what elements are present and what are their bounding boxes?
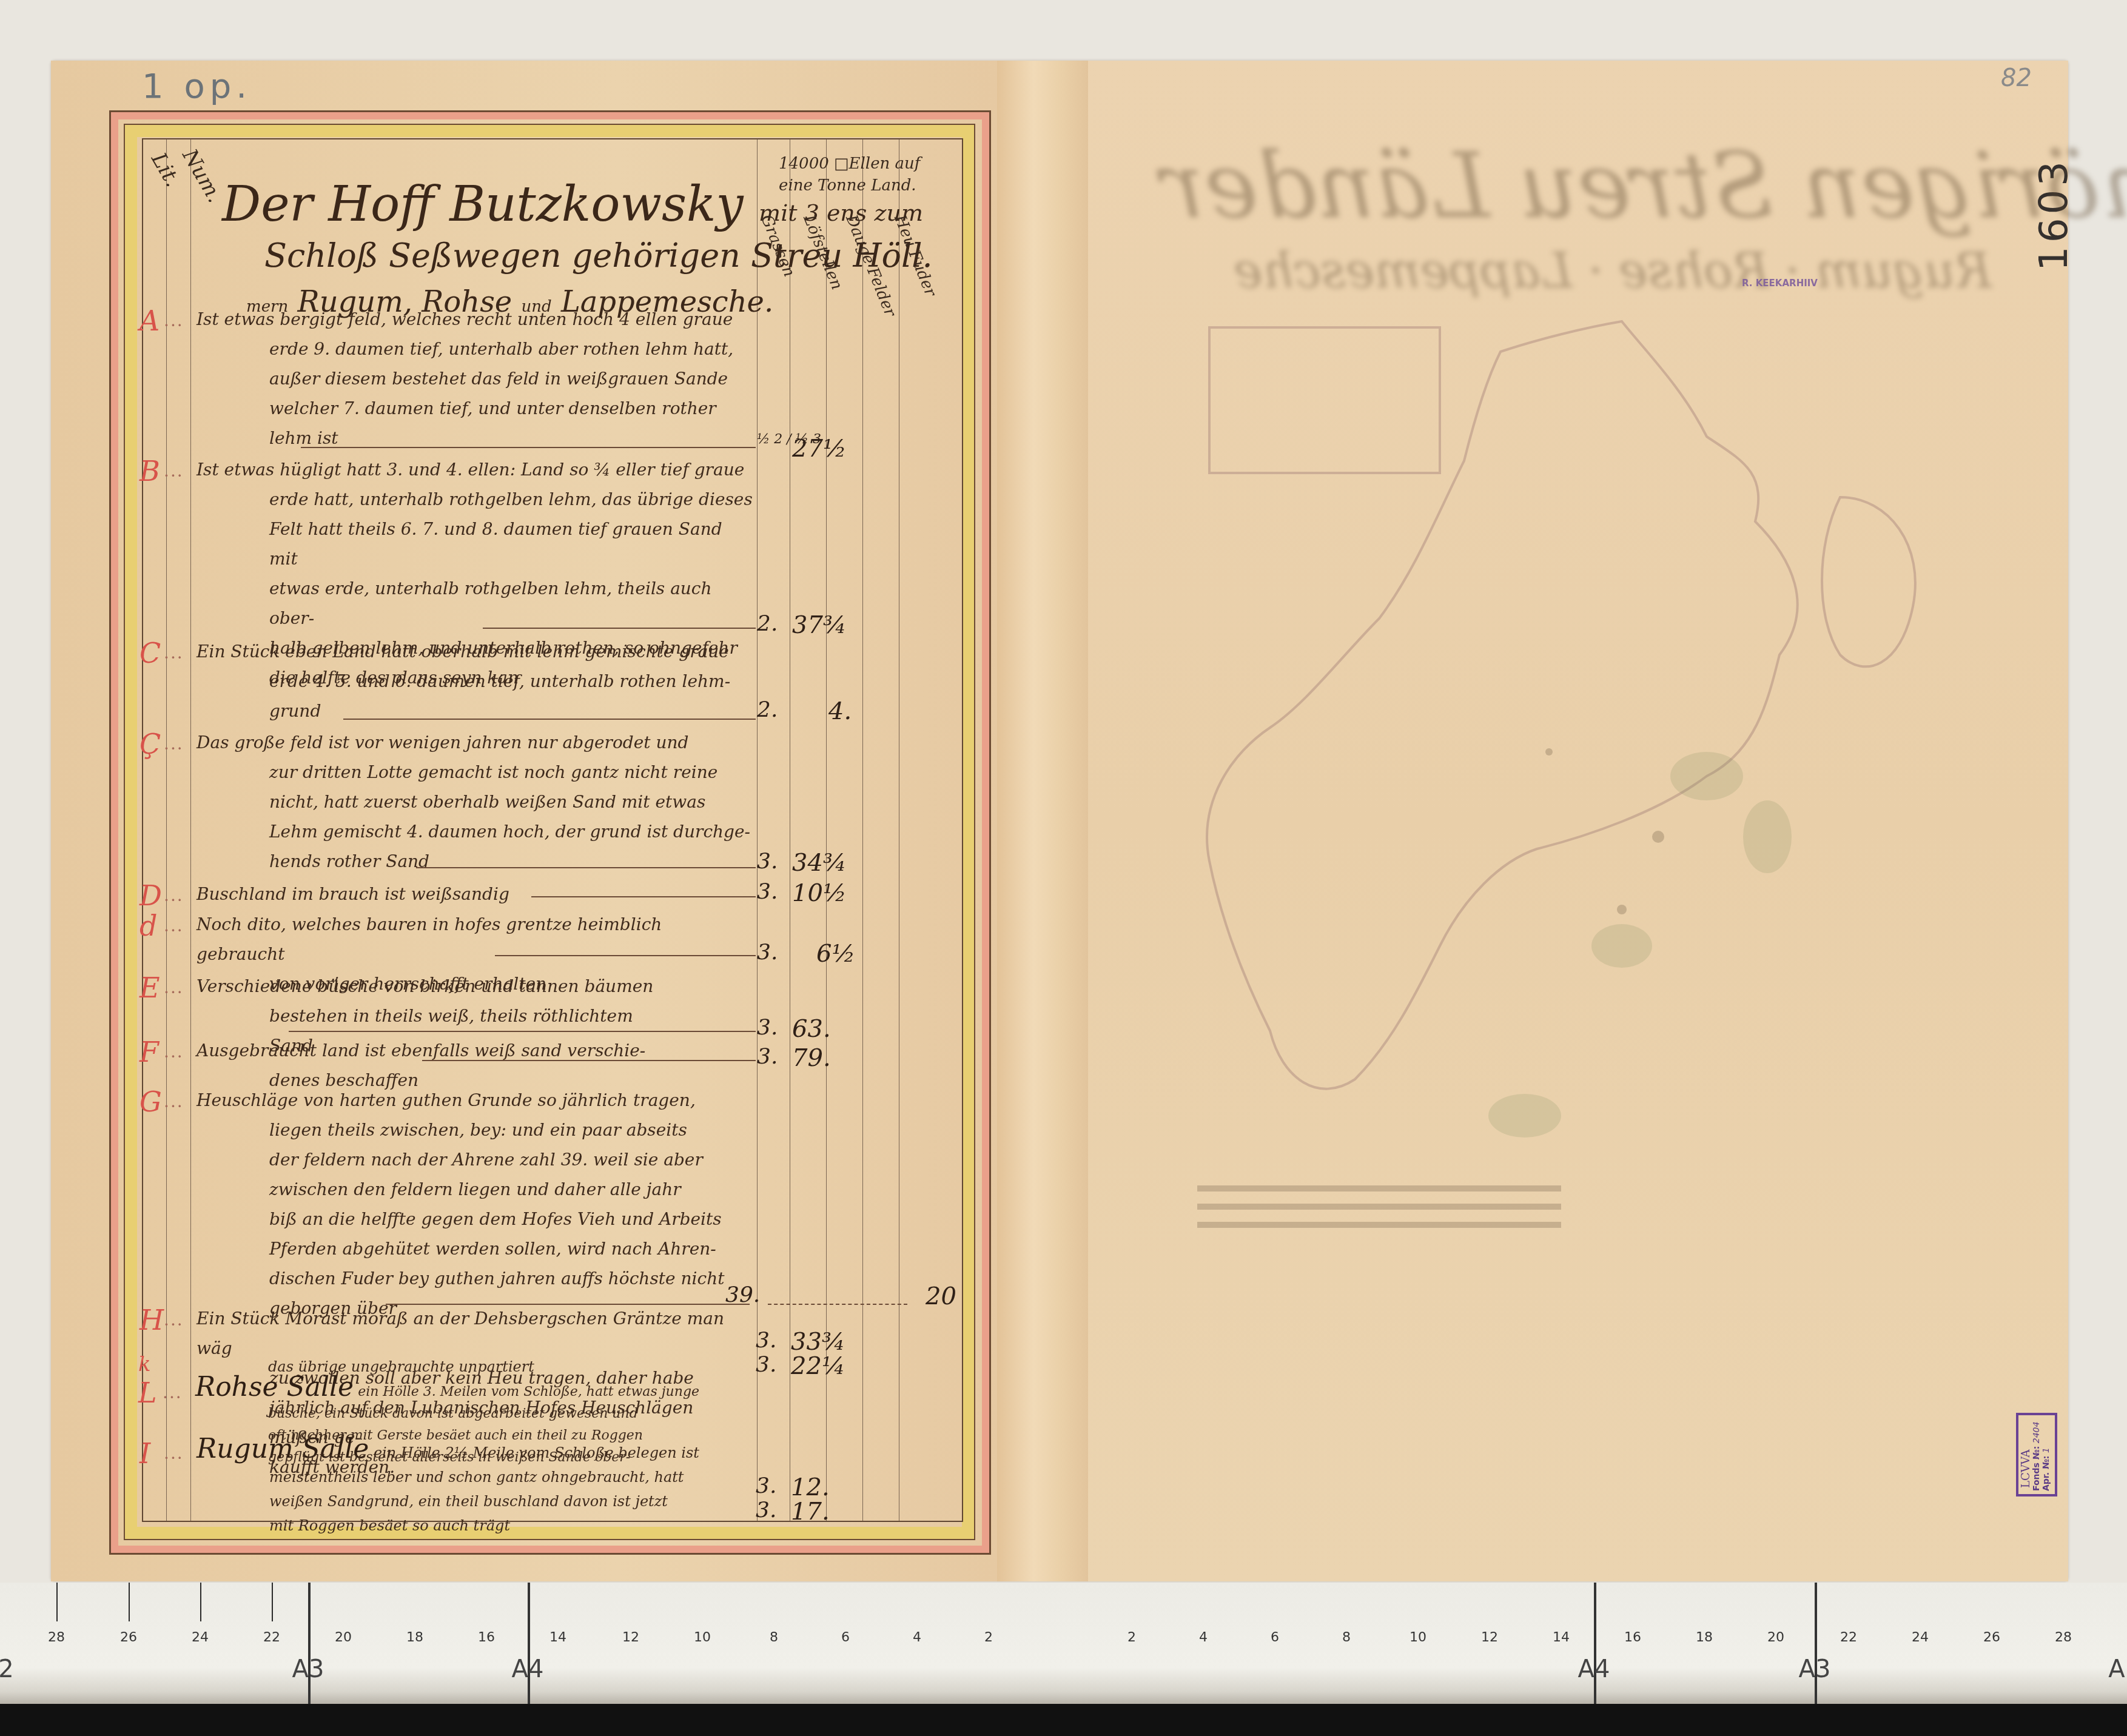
entry-letter: D xyxy=(139,879,162,912)
ruler-label: 18 xyxy=(1696,1630,1713,1645)
show-through-subtitle: Rugum · Rohse · Lappemesche xyxy=(1234,243,1992,299)
entry-value-a: 3. xyxy=(756,1473,776,1498)
entry-value-b: 6½ xyxy=(816,940,855,968)
ruler-label: 14 xyxy=(1553,1630,1570,1645)
ruler-label: 28 xyxy=(48,1630,65,1645)
entry-line: mit Roggen besäet so auch trägt xyxy=(197,1513,754,1538)
ruler-label: 24 xyxy=(192,1630,209,1645)
ruler-edge-label: 2 xyxy=(0,1655,14,1683)
paper-size-label: A4 xyxy=(512,1655,544,1683)
measuring-ruler: 28 26 24 22 20 18 16 14 12 10 8 6 4 2 2 … xyxy=(0,1583,2127,1704)
entry-line: liegen theils zwischen, bey: und ein paa… xyxy=(197,1115,754,1145)
ruler-label: 10 xyxy=(694,1630,711,1645)
entry-value-b: 27½ xyxy=(792,435,847,463)
ruler-label: 10 xyxy=(1410,1630,1426,1645)
show-through-title: Ohngefährer Riß über die zum Schloß Seßw… xyxy=(1161,133,2127,239)
entry-value-b: 4. xyxy=(828,697,852,725)
entry-line: etwas erde, unterhalb rothgelben lehm, t… xyxy=(197,574,754,633)
entry-value-a: 3. xyxy=(756,1328,776,1353)
entry-line: Heuschläge von harten guthen Grunde so j… xyxy=(197,1090,696,1110)
binding-spine xyxy=(997,61,1088,1581)
entry-value-b: 34¾ xyxy=(792,849,847,877)
ruler-label: 16 xyxy=(1624,1630,1641,1645)
entry-rule xyxy=(495,955,756,956)
pencil-note: 1 op. xyxy=(142,67,252,106)
entry-letter: G xyxy=(139,1085,162,1118)
leader-dots: ... xyxy=(164,885,184,905)
entry-line: Felt hatt theils 6. 7. und 8. daumen tie… xyxy=(197,514,754,574)
ruler-label: 20 xyxy=(335,1630,352,1645)
entry-line: gepflügt ist bestehet allerseits in weiß… xyxy=(195,1447,753,1469)
a4-marker xyxy=(1594,1583,1596,1704)
ruler-label: 12 xyxy=(622,1630,639,1645)
ruler-label: 26 xyxy=(120,1630,137,1645)
ruler-label: 8 xyxy=(770,1630,778,1645)
entry-rule xyxy=(301,447,756,448)
ledger-page: 1 op. Lit. Num. Der Hoff Butzkowsky mit … xyxy=(51,61,997,1581)
entry-line: Buschland im brauch ist weißsandig xyxy=(197,884,509,904)
archive-stamp-small: R. KEEKARHIIV xyxy=(1742,278,1818,289)
entry-value-b: 10½ xyxy=(792,879,847,907)
leader-dots: ... xyxy=(163,1382,183,1403)
leader-dots: ... xyxy=(164,916,184,936)
show-through-map xyxy=(1161,315,2010,1285)
entry-line: erde 9. daumen tief, unterhalb aber roth… xyxy=(197,334,754,364)
leader-dots: ... xyxy=(164,461,184,481)
stamp-apr: Apr. №: 1 xyxy=(2041,1447,2051,1491)
entry-value-a: 3. xyxy=(756,1498,776,1523)
entry-value-a: 3. xyxy=(757,940,778,965)
archive-stamp-lcvva: LCVVA Fonds №: 2404 Apr. №: 1 Gl. v. №: … xyxy=(2016,1413,2057,1496)
ruler-label: 24 xyxy=(1912,1630,1929,1645)
entry-value-a: 2. xyxy=(757,697,778,722)
ruler-label: 18 xyxy=(406,1630,423,1645)
leader-dots: ... xyxy=(164,1091,184,1111)
entry-value-b: 79. xyxy=(792,1044,831,1072)
entry-letter: d xyxy=(139,910,157,942)
entry-line: Ausgebraucht land ist ebenfalls weiß san… xyxy=(197,1041,645,1061)
leader-dots: ... xyxy=(164,977,184,997)
entry-text: Ein Stück eben Land hatt oberhalb mit le… xyxy=(197,637,754,726)
place-name: Rohse Salle xyxy=(195,1372,354,1403)
ruler-label: 14 xyxy=(549,1630,566,1645)
ledger-lower: 3. 33¾ k das übrige ungebrauchte unparti… xyxy=(142,1188,961,1516)
entry-letter: k xyxy=(138,1352,151,1376)
entry-rule xyxy=(343,719,756,720)
entry-line: welcher 7. daumen tief, und unter densel… xyxy=(197,394,754,453)
leader-dots: ... xyxy=(164,643,184,663)
stamp-institution: LCVVA xyxy=(2020,1449,2032,1488)
entry-letter: C xyxy=(139,637,161,669)
entry-value-b: 17. xyxy=(791,1498,830,1526)
entry-value-a: 2. xyxy=(757,611,778,636)
manuscript-sheet: 1 op. Lit. Num. Der Hoff Butzkowsky mit … xyxy=(51,61,2068,1581)
ruler-label: 6 xyxy=(841,1630,850,1645)
leader-dots: ... xyxy=(164,310,184,330)
ruler-label: 8 xyxy=(1342,1630,1351,1645)
entry-line: büsche, ein Stück davon ist abgearbeitet… xyxy=(195,1403,753,1425)
entry-letter: B xyxy=(139,455,160,488)
measure-header: 14000 □Ellen auf eine Tonne Land. xyxy=(779,153,924,196)
leader-dots: ... xyxy=(164,734,184,754)
entry-line: oft nachher mit Gerste besäet auch ein t… xyxy=(195,1425,753,1447)
ruler-label: 12 xyxy=(1481,1630,1498,1645)
a3-marker xyxy=(308,1583,311,1704)
reverse-map-page: 82 1603 Ohngefährer Riß über die zum Sch… xyxy=(1088,61,2068,1581)
entry-value-a: 3. xyxy=(757,879,778,904)
entry-line: Ist etwas hügligt hatt 3. und 4. ellen: … xyxy=(197,460,744,480)
entry-line: Ein Stück eben Land hatt oberhalb mit le… xyxy=(197,642,729,662)
stamp-fonds: Fonds №: 2404 xyxy=(2032,1422,2041,1491)
paper-size-label: A3 xyxy=(1799,1655,1831,1683)
ruler-tick xyxy=(129,1583,130,1621)
ruler-label: 16 xyxy=(478,1630,495,1645)
paper-size-label: A4 xyxy=(1578,1655,1610,1683)
entry-rule xyxy=(416,867,756,868)
entry-text: Rohse Salle ein Hölle 3. Meilen vom Schl… xyxy=(195,1376,753,1469)
title-line1: Der Hoff Butzkowsky xyxy=(222,176,744,232)
ruler-tick xyxy=(56,1583,58,1621)
ruler-label: 26 xyxy=(1983,1630,2000,1645)
entry-line: bestehen in theils weiß, theils röthlich… xyxy=(197,1001,754,1031)
entry-line: erde hatt, unterhalb rothgelben lehm, da… xyxy=(197,484,754,514)
entry-line: außer diesem bestehet das feld in weißgr… xyxy=(197,364,754,394)
entry-letter: F xyxy=(139,1036,159,1068)
entry-line: Verschiedene büsche von birken und tanne… xyxy=(197,976,653,996)
entry-line: erde 4. 5. und 6. daumen tief, unterhalb… xyxy=(197,666,754,696)
ruler-tick xyxy=(272,1583,273,1621)
entry-text: Das große feld ist vor wenigen jahren nu… xyxy=(197,728,754,876)
entry-rule xyxy=(531,896,756,897)
ruler-label: 2 xyxy=(1127,1630,1136,1645)
entry-text: Ist etwas bergigt feld, welches recht un… xyxy=(197,304,754,453)
ruler-label: 4 xyxy=(1199,1630,1208,1645)
entry-line: der feldern nach der Ahrene zahl 39. wei… xyxy=(197,1145,754,1175)
entry-line: Lehm gemischt 4. daumen hoch, der grund … xyxy=(197,817,754,846)
ruler-label: 2 xyxy=(984,1630,993,1645)
ruler-label: 4 xyxy=(913,1630,921,1645)
entry-line: nicht, hatt zuerst oberhalb weißen Sand … xyxy=(197,787,754,817)
a4-marker xyxy=(528,1583,530,1704)
column-header-num: Num. xyxy=(177,145,227,207)
folio-number: 82 xyxy=(2001,64,2032,92)
entry-line: Ist etwas bergigt feld, welches recht un… xyxy=(197,309,733,329)
entry-rule xyxy=(483,628,756,629)
entry-value-a: 3. xyxy=(756,1352,776,1377)
a3-marker xyxy=(1815,1583,1817,1704)
entry-value-b: 22¼ xyxy=(791,1352,845,1380)
entry-text: Buschland im brauch ist weißsandig xyxy=(197,879,754,909)
entry-value-a: 3. xyxy=(757,1044,778,1069)
entry-letter: A xyxy=(139,304,160,337)
entry-value-b: 37¾ xyxy=(792,611,847,639)
ruler-label: 28 xyxy=(2055,1630,2072,1645)
paper-size-label: A3 xyxy=(292,1655,324,1683)
entry-rule xyxy=(422,1060,756,1061)
entry-line: grund xyxy=(197,696,754,726)
ruler-edge-label: A xyxy=(2108,1655,2125,1683)
entry-letter: Ç xyxy=(139,728,161,760)
entry-line: Das große feld ist vor wenigen jahren nu… xyxy=(197,732,689,752)
column-header-lit: Lit. xyxy=(146,149,185,191)
ruler-tick xyxy=(200,1583,201,1621)
entry-letter: L xyxy=(138,1376,157,1409)
entry-line: zur dritten Lotte gemacht ist noch gantz… xyxy=(197,757,754,787)
leader-dots: ... xyxy=(164,1042,184,1062)
entry-value-b: 63. xyxy=(792,1015,831,1043)
entry-line: hends rother Sand xyxy=(197,846,754,876)
entry-rule xyxy=(289,1031,756,1032)
entry-value-a: 3. xyxy=(757,849,778,874)
ruler-label: 20 xyxy=(1767,1630,1784,1645)
entry-line: Noch dito, welches bauren in hofes grent… xyxy=(197,914,662,964)
ruler-label: 22 xyxy=(1840,1630,1857,1645)
ruler-label: 6 xyxy=(1271,1630,1279,1645)
entry-letter: E xyxy=(139,971,160,1004)
ruler-label: 22 xyxy=(263,1630,280,1645)
entry-line: ein Hölle 3. Meilen vom Schloße, hatt et… xyxy=(358,1384,699,1399)
scanner-edge xyxy=(0,1704,2127,1736)
entry-value-a: 3. xyxy=(757,1015,778,1040)
